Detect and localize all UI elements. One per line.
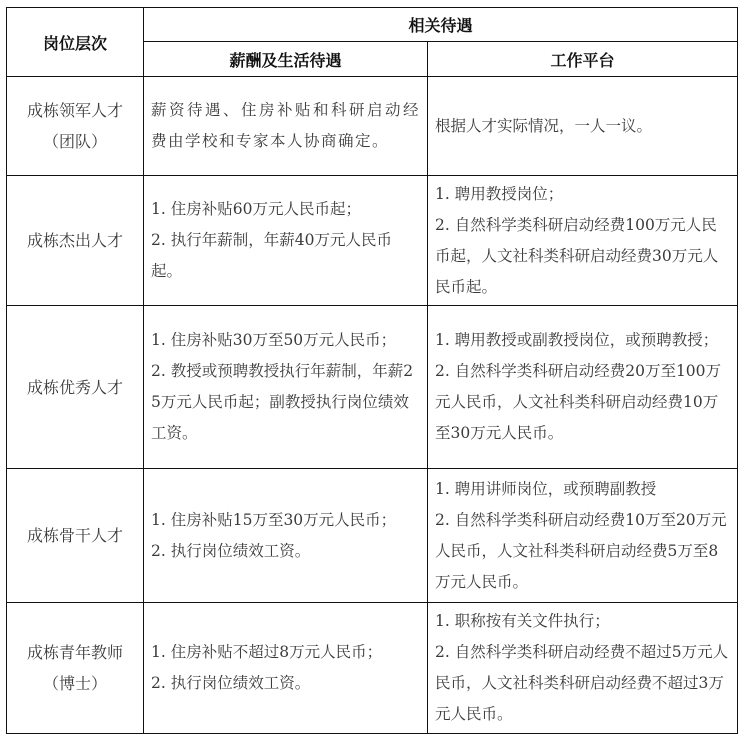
table-row: 成栋杰出人才 1. 住房补贴60万元人民币起； 2. 执行年薪制，年薪40万元人… [7, 176, 738, 306]
level-name: 成栋青年教师 [14, 637, 136, 668]
salary-item: 1. 住房补贴不超过8万元人民币； [151, 637, 420, 668]
platform-item: 2. 自然科学类科研启动经费20万至100万元人民币，人文社科类科研启动经费10… [435, 356, 730, 449]
platform-item: 1. 职称按有关文件执行； [435, 606, 730, 637]
platform-item: 1. 聘用讲师岗位，或预聘副教授 [435, 474, 730, 505]
level-cell: 成栋骨干人才 [7, 469, 144, 603]
platform-item: 2. 自然科学类科研启动经费10万至20万元人民币，人文社科类科研启动经费5万至… [435, 505, 730, 598]
platform-cell: 1. 聘用讲师岗位，或预聘副教授 2. 自然科学类科研启动经费10万至20万元人… [428, 469, 738, 603]
salary-item: 1. 住房补贴15万至30万元人民币； [151, 505, 420, 536]
platform-cell: 1. 职称按有关文件执行； 2. 自然科学类科研启动经费不超过5万元人民币，人文… [428, 603, 738, 734]
salary-item: 2. 执行年薪制，年薪40万元人民币起。 [151, 225, 420, 287]
level-cell: 成栋杰出人才 [7, 176, 144, 306]
platform-cell: 根据人才实际情况，一人一议。 [428, 77, 738, 176]
header-salary-benefits: 薪酬及生活待遇 [144, 42, 428, 77]
level-name: 成栋优秀人才 [14, 372, 136, 403]
header-position-level: 岗位层次 [7, 8, 144, 77]
salary-item: 2. 教授或预聘教授执行年薪制，年薪25万元人民币起；副教授执行岗位绩效工资。 [151, 356, 420, 449]
platform-cell: 1. 聘用教授岗位； 2. 自然科学类科研启动经费100万元人民币起，人文社科类… [428, 176, 738, 306]
table-row: 成栋领军人才 （团队） 薪资待遇、住房补贴和科研启动经费由学校和专家本人协商确定… [7, 77, 738, 176]
salary-cell: 1. 住房补贴30万至50万元人民币； 2. 教授或预聘教授执行年薪制，年薪25… [144, 306, 428, 469]
level-note: （博士） [14, 668, 136, 699]
table-row: 成栋优秀人才 1. 住房补贴30万至50万元人民币； 2. 教授或预聘教授执行年… [7, 306, 738, 469]
talent-policy-table: 岗位层次 相关待遇 薪酬及生活待遇 工作平台 成栋领军人才 （团队） 薪资待遇、… [6, 7, 738, 734]
salary-cell: 薪资待遇、住房补贴和科研启动经费由学校和专家本人协商确定。 [144, 77, 428, 176]
table-row: 成栋青年教师 （博士） 1. 住房补贴不超过8万元人民币； 2. 执行岗位绩效工… [7, 603, 738, 734]
level-name: 成栋领军人才 [14, 95, 136, 126]
salary-item: 薪资待遇、住房补贴和科研启动经费由学校和专家本人协商确定。 [151, 95, 420, 157]
salary-item: 2. 执行岗位绩效工资。 [151, 668, 420, 699]
salary-item: 1. 住房补贴60万元人民币起； [151, 194, 420, 225]
platform-cell: 1. 聘用教授或副教授岗位，或预聘教授； 2. 自然科学类科研启动经费20万至1… [428, 306, 738, 469]
level-cell: 成栋优秀人才 [7, 306, 144, 469]
salary-item: 2. 执行岗位绩效工资。 [151, 536, 420, 567]
platform-item: 2. 自然科学类科研启动经费100万元人民币起，人文社科类科研启动经费30万元人… [435, 210, 730, 303]
level-name: 成栋杰出人才 [14, 225, 136, 256]
salary-item: 1. 住房补贴30万至50万元人民币； [151, 325, 420, 356]
salary-cell: 1. 住房补贴不超过8万元人民币； 2. 执行岗位绩效工资。 [144, 603, 428, 734]
level-note: （团队） [14, 126, 136, 157]
platform-item: 根据人才实际情况，一人一议。 [435, 111, 730, 142]
salary-cell: 1. 住房补贴15万至30万元人民币； 2. 执行岗位绩效工资。 [144, 469, 428, 603]
level-cell: 成栋青年教师 （博士） [7, 603, 144, 734]
header-related-benefits: 相关待遇 [144, 8, 738, 42]
level-name: 成栋骨干人才 [14, 520, 136, 551]
salary-cell: 1. 住房补贴60万元人民币起； 2. 执行年薪制，年薪40万元人民币起。 [144, 176, 428, 306]
level-cell: 成栋领军人才 （团队） [7, 77, 144, 176]
platform-item: 1. 聘用教授岗位； [435, 179, 730, 210]
table-row: 成栋骨干人才 1. 住房补贴15万至30万元人民币； 2. 执行岗位绩效工资。 … [7, 469, 738, 603]
platform-item: 2. 自然科学类科研启动经费不超过5万元人民币，人文社科类科研启动经费不超过3万… [435, 637, 730, 730]
platform-item: 1. 聘用教授或副教授岗位，或预聘教授； [435, 325, 730, 356]
header-work-platform: 工作平台 [428, 42, 738, 77]
